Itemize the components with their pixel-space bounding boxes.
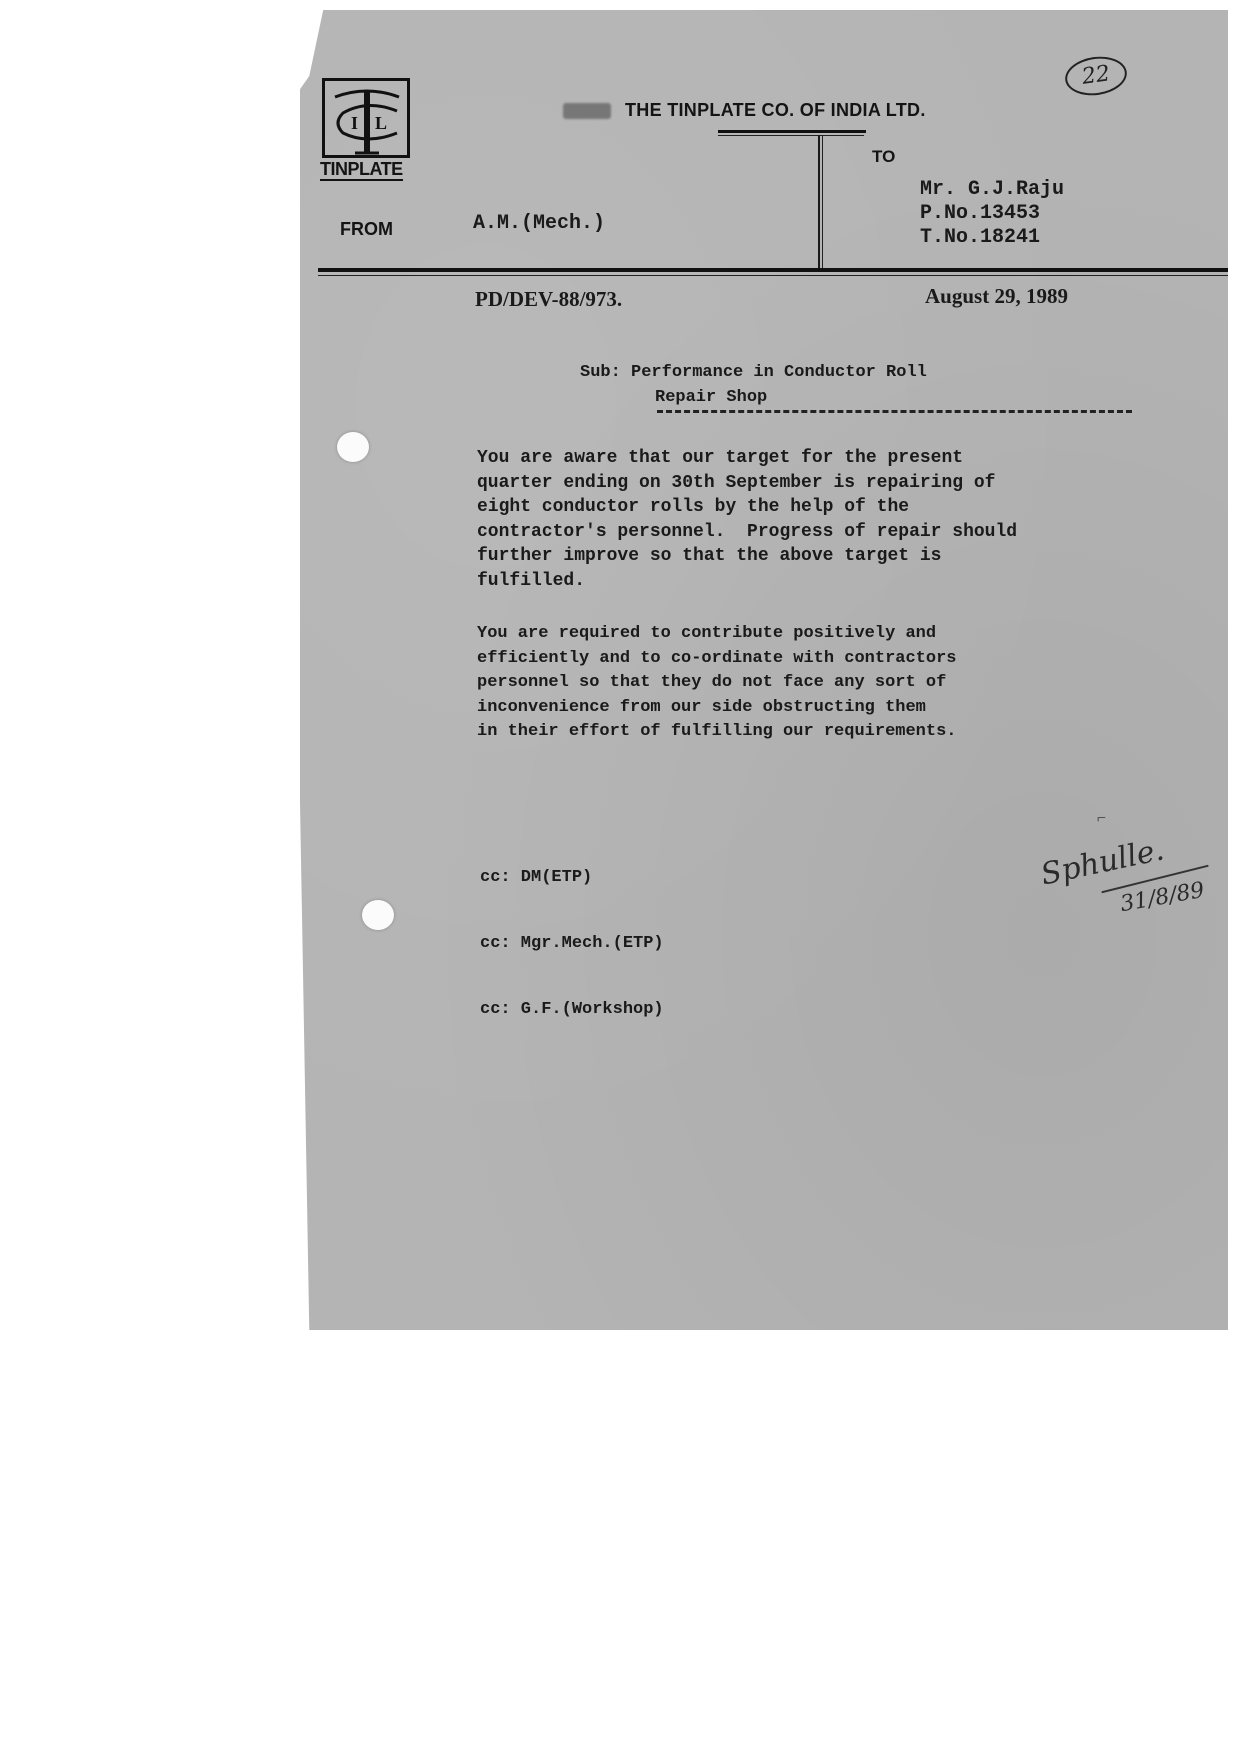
header-rule-thin	[718, 135, 864, 136]
header-rule	[718, 130, 866, 133]
subject: Sub: Performance in Conductor Roll Repai…	[580, 360, 927, 410]
body-paragraph-2-line-2: efficiently and to co-ordinate with cont…	[477, 647, 956, 672]
cc-item: cc: G.F.(Workshop)	[480, 999, 664, 1021]
recipient-p-no: P.No.13453	[920, 202, 1040, 226]
main-rule	[318, 268, 1228, 272]
to-label: TO	[872, 147, 895, 167]
svg-text:I: I	[351, 113, 358, 133]
recipient-name: Mr. G.J.Raju	[920, 178, 1064, 202]
cc-item: cc: DM(ETP)	[480, 867, 664, 889]
body-paragraph-2-line-3: personnel so that they do not face any s…	[477, 671, 946, 696]
vertical-divider	[818, 135, 820, 268]
from-label: FROM	[340, 219, 393, 240]
body-paragraph-2-line-4: inconvenience from our side obstructing …	[477, 696, 926, 721]
body-paragraph-1-line-1: You are aware that our target for the pr…	[477, 446, 963, 471]
body-paragraph-1-line-2: quarter ending on 30th September is repa…	[477, 471, 995, 496]
recipient-t-no: T.No.18241	[920, 226, 1040, 250]
company-name: THE TINPLATE CO. OF INDIA LTD.	[625, 100, 926, 121]
cc-list: cc: DM(ETP) cc: Mgr.Mech.(ETP) cc: G.F.(…	[480, 823, 664, 1043]
logo-wordmark: TINPLATE	[320, 160, 403, 181]
body-paragraph-2-line-1: You are required to contribute positivel…	[477, 622, 936, 647]
vertical-divider-thin	[822, 135, 823, 268]
from-value: A.M.(Mech.)	[473, 212, 605, 235]
subject-line-1: Performance in Conductor Roll	[631, 363, 927, 382]
hole-punch-bottom	[362, 900, 394, 930]
letter-date: August 29, 1989	[925, 284, 1068, 309]
ink-smudge	[563, 103, 611, 119]
company-logo: I L	[322, 78, 410, 158]
subject-line-2: Repair Shop	[580, 388, 767, 407]
body-paragraph-1-line-5: further improve so that the above target…	[477, 544, 941, 569]
reference-number: PD/DEV-88/973.	[475, 287, 622, 312]
body-paragraph-1-line-6: fulfilled.	[477, 569, 585, 594]
subject-underline	[657, 410, 1132, 413]
svg-text:L: L	[375, 113, 387, 133]
tick-mark: ⌐	[1097, 810, 1106, 828]
body-paragraph-1-line-4: contractor's personnel. Progress of repa…	[477, 520, 1017, 545]
subject-label: Sub:	[580, 363, 621, 382]
til-monogram-icon: I L	[327, 83, 407, 157]
body-paragraph-2-line-5: in their effort of fulfilling our requir…	[477, 720, 956, 745]
main-rule-thin	[318, 275, 1228, 276]
body-paragraph-1-line-3: eight conductor rolls by the help of the	[477, 495, 909, 520]
cc-item: cc: Mgr.Mech.(ETP)	[480, 933, 664, 955]
hole-punch-top	[337, 432, 369, 462]
